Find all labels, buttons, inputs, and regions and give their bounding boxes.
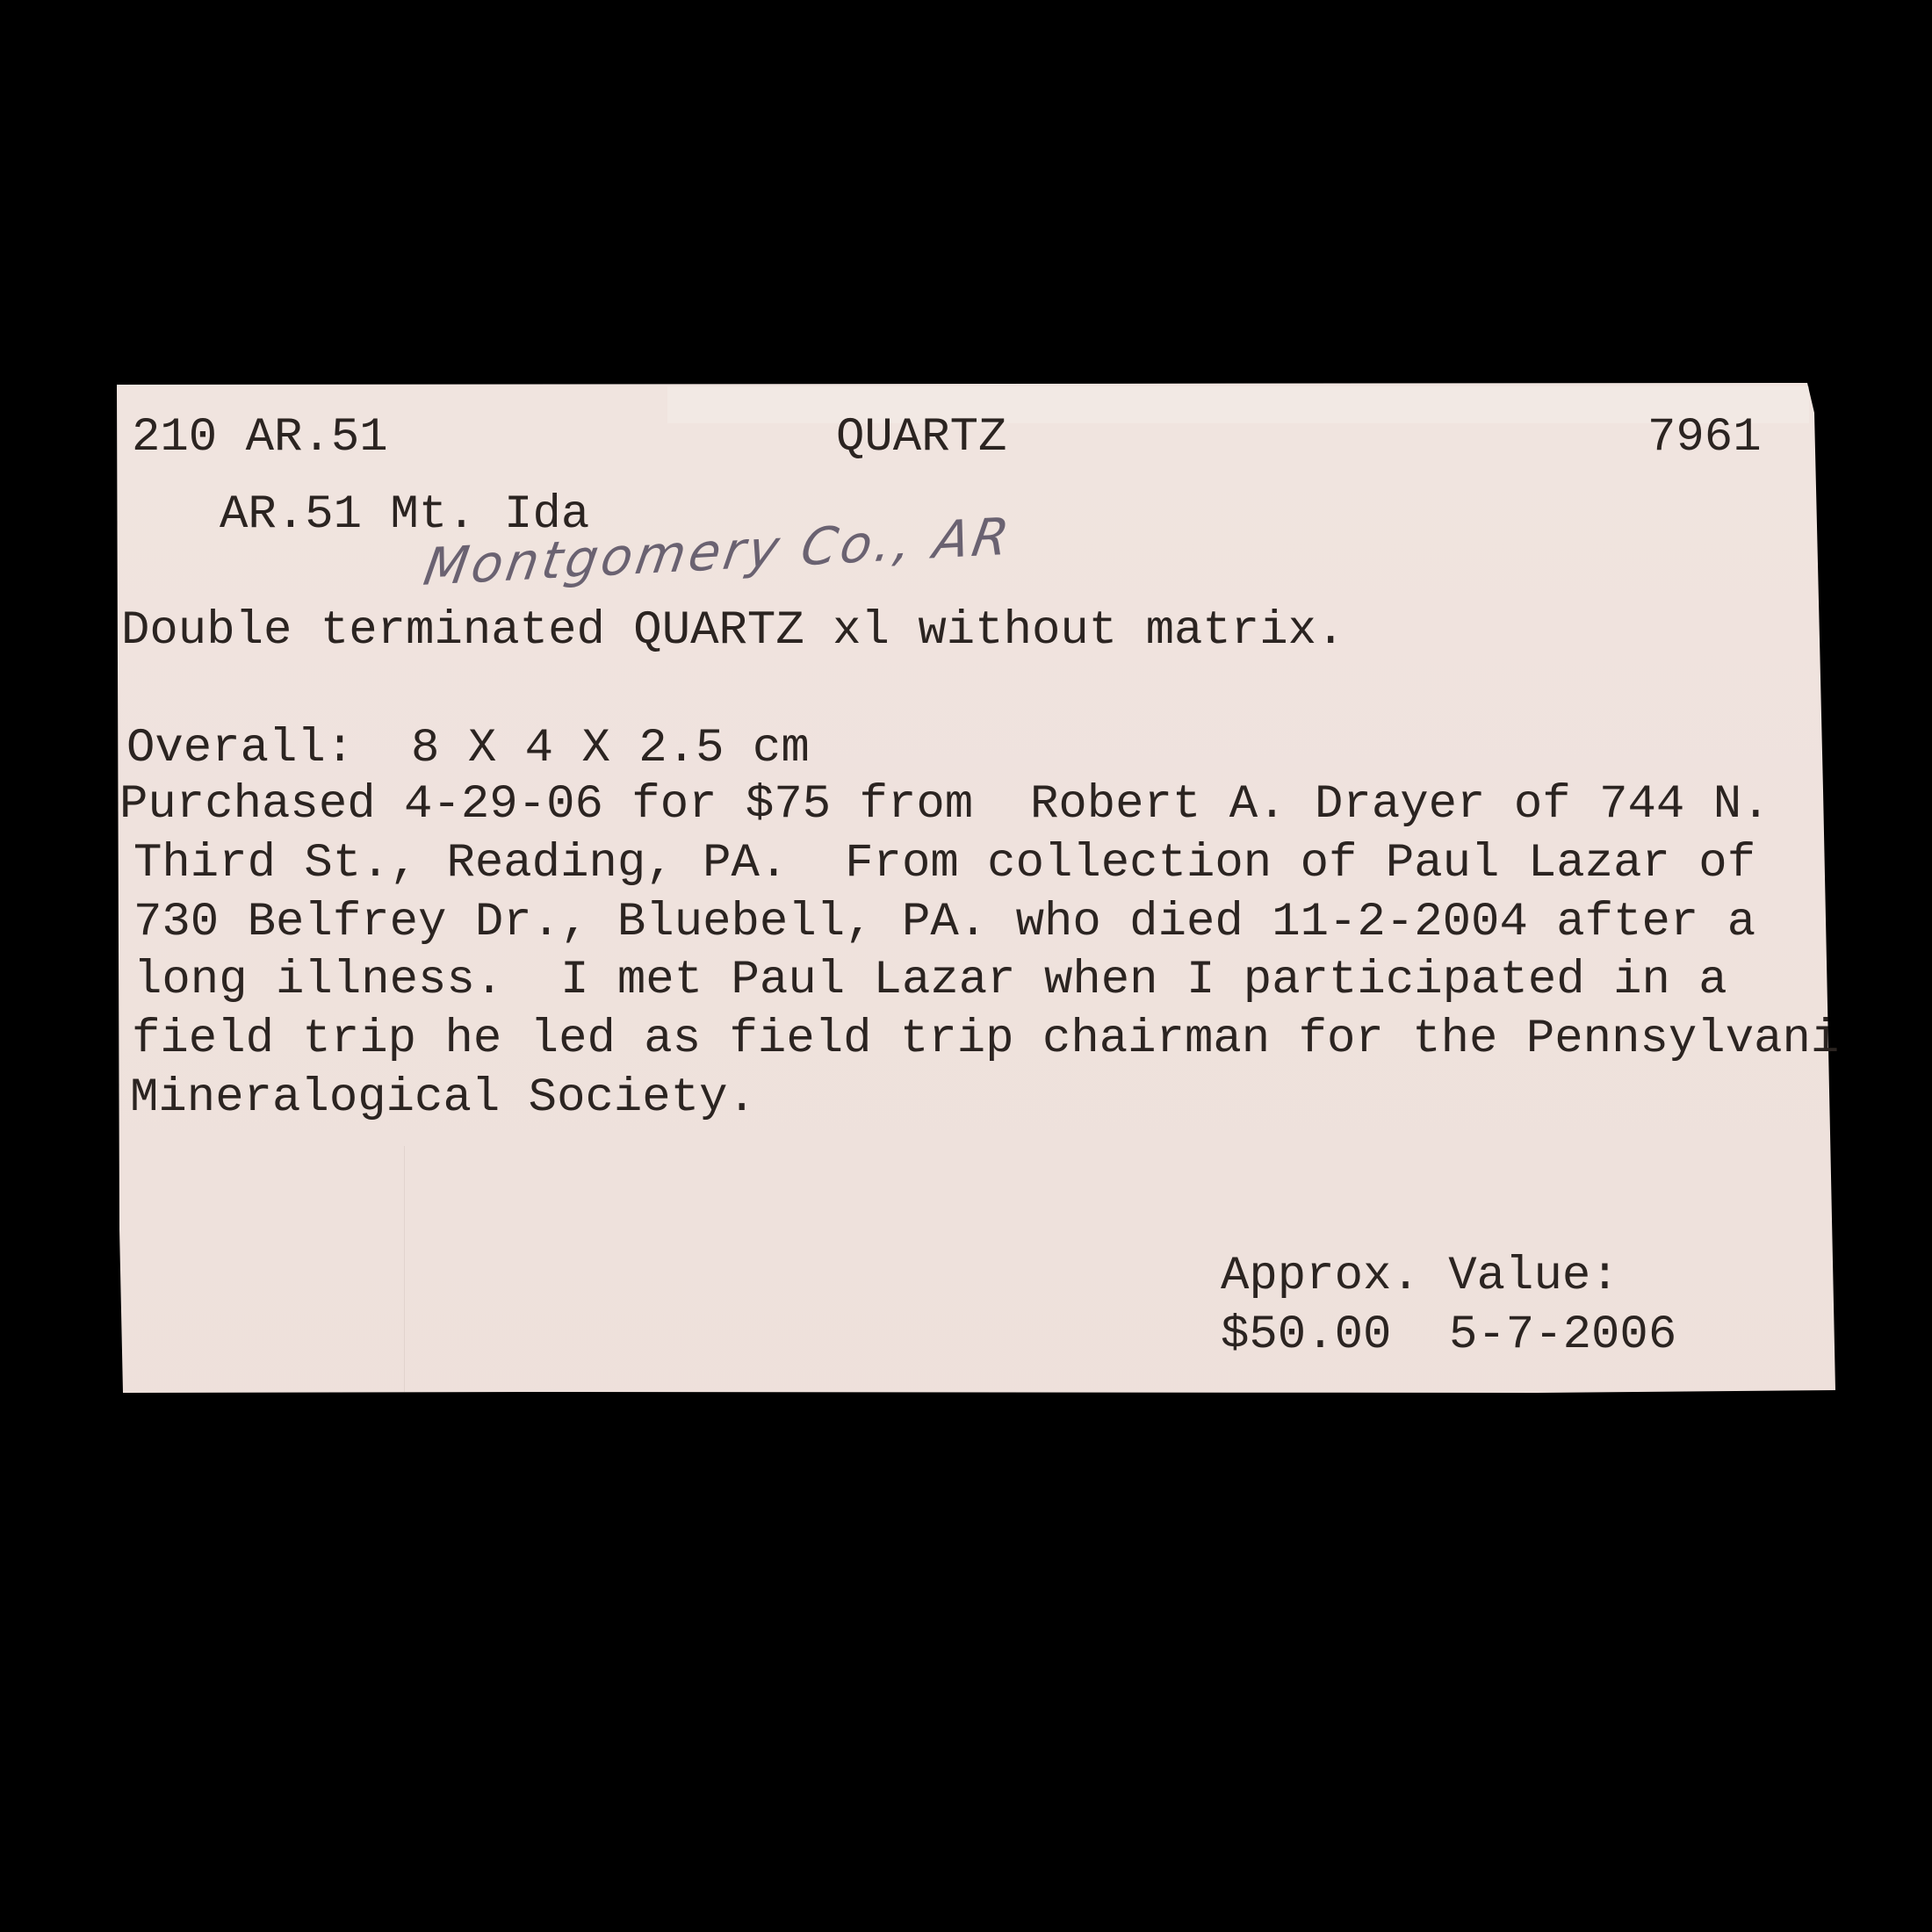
approx-value-label: Approx. Value: xyxy=(1221,1253,1619,1301)
provenance-line: long illness. I met Paul Lazar when I pa… xyxy=(133,957,1727,1005)
mineral-name: QUARTZ xyxy=(836,415,1006,462)
provenance-line: Purchased 4-29-06 for $75 from Robert A.… xyxy=(119,782,1770,829)
provenance-line: 730 Belfrey Dr., Bluebell, PA. who died … xyxy=(133,899,1755,947)
paper-crease xyxy=(404,1146,405,1392)
specimen-number: 7961 xyxy=(1647,415,1762,462)
provenance-line: field trip he led as field trip chairman… xyxy=(132,1016,1839,1063)
catalog-code: 210 AR.51 xyxy=(132,415,388,462)
specimen-dimensions: Overall: 8 X 4 X 2.5 cm xyxy=(126,725,810,773)
specimen-description: Double terminated QUARTZ xl without matr… xyxy=(121,608,1344,655)
approx-value-date: 5-7-2006 xyxy=(1449,1312,1676,1359)
provenance-line: Mineralogical Society. xyxy=(130,1075,756,1122)
provenance-line: Third St., Reading, PA. From collection … xyxy=(133,840,1755,888)
approx-value-amount: $50.00 xyxy=(1221,1312,1391,1359)
